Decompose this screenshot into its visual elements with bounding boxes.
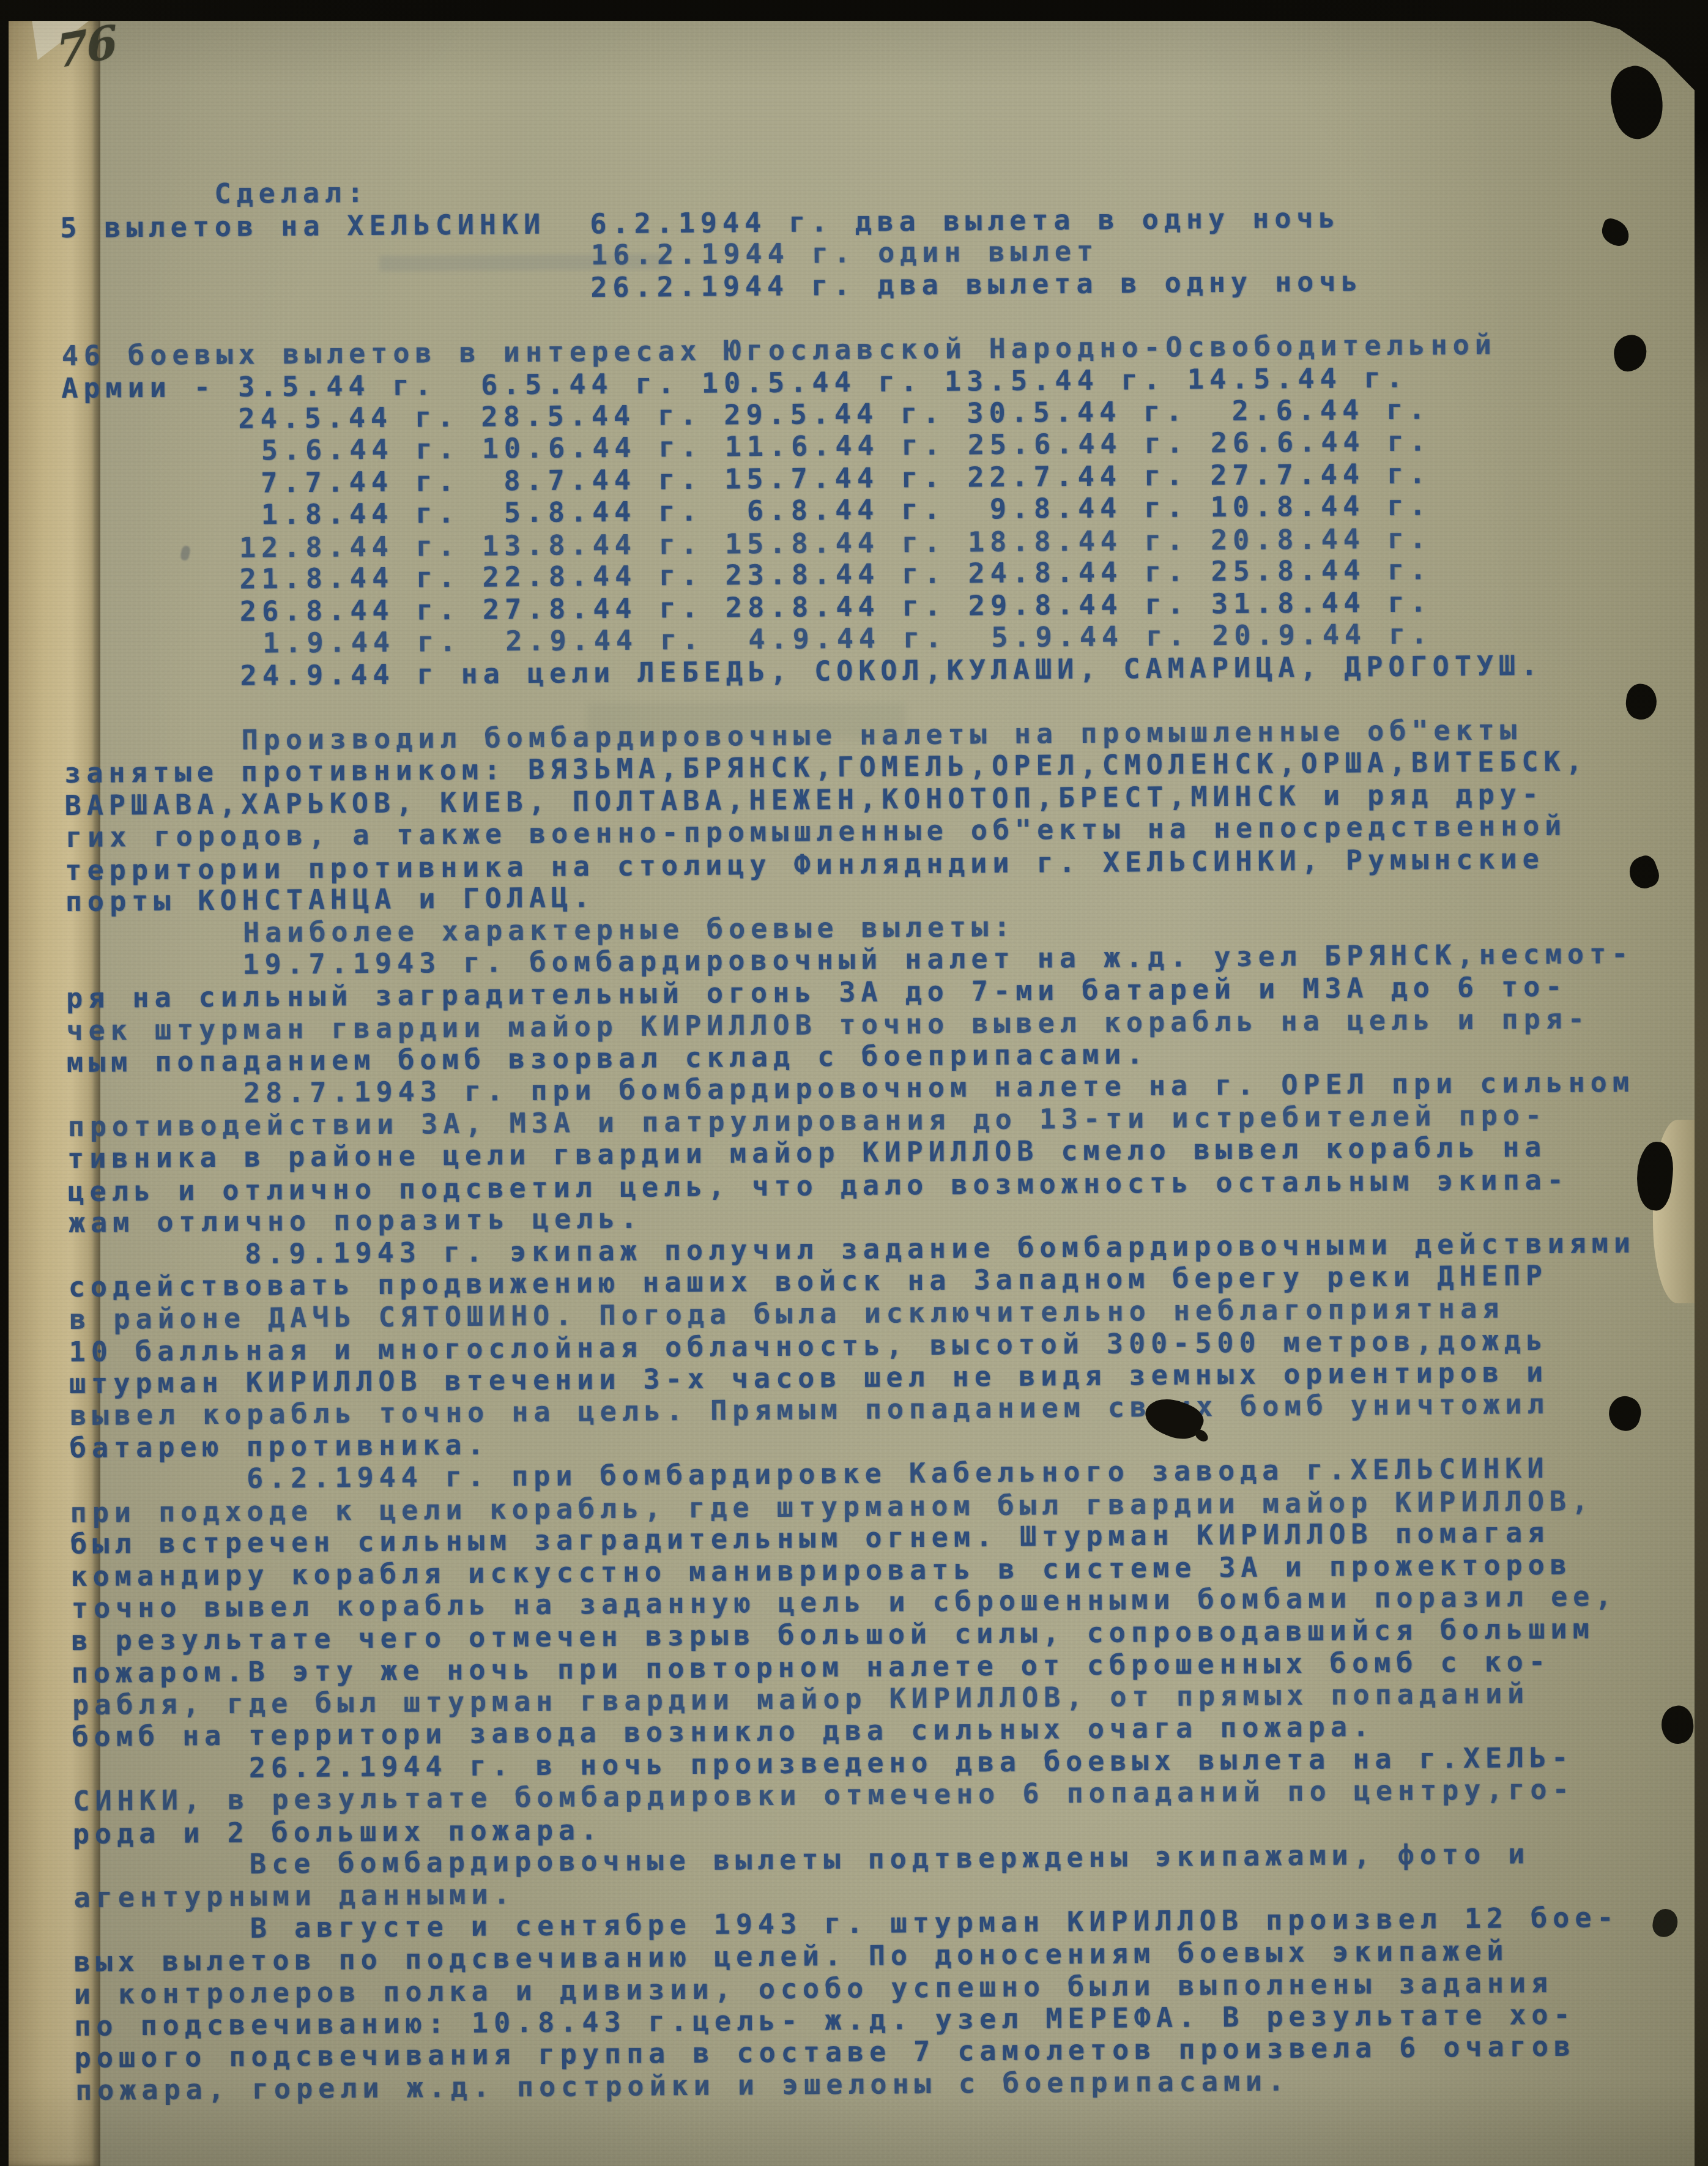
scanned-document-page: { "document": { "page_number": "76", "in…	[0, 0, 1708, 2166]
scan-edge-right	[1695, 0, 1708, 2166]
scan-edge-top	[0, 0, 1708, 21]
typed-text-block: Сделал:5 вылетов на ХЕЛЬСИНКИ 6.2.1944 г…	[60, 167, 1666, 2107]
handwritten-page-number: 76	[55, 15, 119, 78]
